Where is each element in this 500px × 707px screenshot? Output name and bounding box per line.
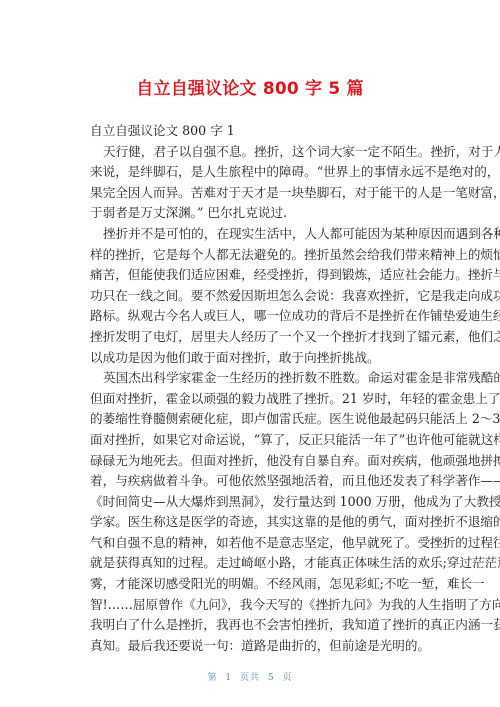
text-line: 天行健，君子以自强不息。挫折，这个词大家一定不陌生。挫折，对于人们 (77, 142, 422, 163)
document-title: 自立自强议论文 800 字 5 篇 (0, 74, 500, 99)
text-line: 学家。医生称这是医学的奇迹，其实这靠的是他的勇气，面对挫折不退缩的勇 (77, 512, 422, 533)
text-line: 路标。纵观古今名人或巨人，哪一位成功的背后不是挫折在作铺垫爱迪生经历 (77, 306, 422, 327)
text-line: 碌碌无为地死去。但面对挫折，他没有自暴自弃。面对疾病，他顽强地拼搏 (77, 451, 422, 472)
text-line: 《时间简史—从大爆炸到黑洞》，发行量达到 1000 万册，他成为了大教授，科 (77, 492, 422, 513)
paragraph-2: 挫折并不是可怕的，在现实生活中，人人都可能因为某种原因而遇到各种各 样的挫折，它… (77, 224, 422, 368)
text-line: 真知。最后我还要说一句：道路是曲折的，但前途是光明的。 (77, 636, 422, 657)
text-line: 果完全因人而异。苦难对于天才是一块垫脚石，对于能干的人是一笔财富，对 (77, 183, 422, 204)
document-body: 自立自强议论文 800 字 1 天行健，君子以自强不息。挫折，这个词大家一定不陌… (77, 121, 422, 656)
paragraph-3: 英国杰出科学家霍金一生经历的挫折数不胜数。命运对霍金是非常残酷的， 但面对挫折，… (77, 368, 422, 656)
page-footer: 第 1 页共 5 页 (0, 670, 500, 683)
text-line: 面对挫折，如果它对命运说，“算了，反正只能活一年了”也许他可能就这样 (77, 430, 422, 451)
text-line: 英国杰出科学家霍金一生经历的挫折数不胜数。命运对霍金是非常残酷的， (77, 368, 422, 389)
section-subtitle: 自立自强议论文 800 字 1 (77, 121, 422, 142)
text-line: 来说，是绊脚石，是人生旅程中的障碍。“世界上的事情永远不是绝对的，结 (77, 162, 422, 183)
text-line: 着，与疾病做着斗争。可他依然坚强地活着，而且他还发表了科学著作—— (77, 471, 422, 492)
text-line: 的萎缩性脊髓侧索硬化症，即卢伽雷氏症。医生说他最起码只能活上 2～3 年， (77, 409, 422, 430)
text-line: 气和自强不息的精神，如若他不是意志坚定，他早就死了。受挫折的过程往往 (77, 533, 422, 554)
text-line: 样的挫折，它是每个人都无法避免的。挫折虽然会给我们带来精神上的烦恼和 (77, 245, 422, 266)
text-line: 痛苦，但能使我们适应困难，经受挫折，得到锻炼，适应社会能力。挫折与成 (77, 265, 422, 286)
text-line: 以成功是因为他们敢于面对挫折，敢于向挫折挑战。 (77, 348, 422, 369)
text-line: 但面对挫折，霍金以顽强的毅力战胜了挫折。21 岁时，年轻的霍金患上了罕见 (77, 389, 422, 410)
text-line: 我明白了什么是挫折，我再也不会害怕挫折，我知道了挫折的真正内涵一获得 (77, 615, 422, 636)
text-line: 雾，才能深切感受阳光的明媚。不经风雨，怎见彩虹;不吃一堑，难长一 (77, 574, 422, 595)
text-line: 智!……屈原曾作《九问》，我今天写的《挫折九问》为我的人生指明了方向。 (77, 595, 422, 616)
text-line: 功只在一线之间。要不然爱因斯坦怎么会说：我喜欢挫折，它是我走向成功的 (77, 286, 422, 307)
text-line: 就是获得真知的过程。走过崎岖小路，才能真正体味生活的欢乐;穿过茫茫迷 (77, 553, 422, 574)
text-line: 于弱者是万丈深渊。” 巴尔扎克说过. (77, 203, 422, 224)
text-line: 挫折发明了电灯，居里夫人经历了一个又一个挫折才找到了镭元素，他们之所 (77, 327, 422, 348)
text-line: 挫折并不是可怕的，在现实生活中，人人都可能因为某种原因而遇到各种各 (77, 224, 422, 245)
paragraph-1: 天行健，君子以自强不息。挫折，这个词大家一定不陌生。挫折，对于人们 来说，是绊脚… (77, 142, 422, 224)
